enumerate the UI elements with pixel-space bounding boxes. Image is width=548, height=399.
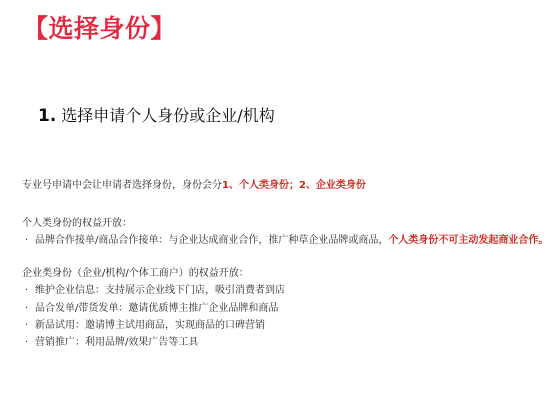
intro-text-red-highlight: 1、个人类身份；2、企业类身份 xyxy=(222,180,366,191)
bullet-dot-icon: · xyxy=(22,317,35,334)
bullet-dot-icon: · xyxy=(22,282,35,299)
list-item-text: 维护企业信息：支持展示企业线下门店，吸引消费者到店 xyxy=(35,282,285,299)
bullet-dot-icon: · xyxy=(22,232,35,249)
document-page: 【选择身份】 1.选择申请个人身份或企业/机构 专业号申请中会让申请者选择身份，… xyxy=(0,0,548,399)
list-item-text: 品牌合作接单/商品合作接单：与企业达成商业合作，推广种草企业品牌或商品，个人类身… xyxy=(35,232,548,249)
list-item: · 品牌合作接单/商品合作接单：与企业达成商业合作，推广种草企业品牌或商品，个人… xyxy=(22,232,548,249)
step-heading: 1.选择申请个人身份或企业/机构 xyxy=(38,103,275,126)
list-item: · 维护企业信息：支持展示企业线下门店，吸引消费者到店 xyxy=(22,282,285,299)
list-item-text: 新品试用：邀请博主试用商品，实现商品的口碑营销 xyxy=(35,317,265,334)
intro-paragraph: 专业号申请中会让申请者选择身份，身份会分1、个人类身份；2、企业类身份 xyxy=(22,177,366,194)
list-item-text: 品合发单/带货发单：邀请优质博主推广企业品牌和商品 xyxy=(35,300,278,317)
personal-benefits-header: 个人类身份的权益开放： xyxy=(22,215,548,232)
list-item-text-red-highlight: 个人类身份不可主动发起商业合作。 xyxy=(388,235,548,246)
enterprise-benefits-section: 企业类身份（企业/机构/个体工商户）的权益开放： · 维护企业信息：支持展示企业… xyxy=(22,265,285,351)
list-item: · 品合发单/带货发单：邀请优质博主推广企业品牌和商品 xyxy=(22,300,285,317)
step-number: 1. xyxy=(38,106,56,126)
list-item: · 新品试用：邀请博主试用商品，实现商品的口碑营销 xyxy=(22,317,285,334)
list-item-text-black: 品牌合作接单/商品合作接单：与企业达成商业合作，推广种草企业品牌或商品， xyxy=(35,235,388,246)
bullet-dot-icon: · xyxy=(22,300,35,317)
list-item-text: 营销推广：利用品牌/效果广告等工具 xyxy=(35,334,198,351)
intro-text-black: 专业号申请中会让申请者选择身份，身份会分 xyxy=(22,180,222,191)
enterprise-benefits-header: 企业类身份（企业/机构/个体工商户）的权益开放： xyxy=(22,265,285,282)
list-item: · 营销推广：利用品牌/效果广告等工具 xyxy=(22,334,285,351)
step-heading-text: 选择申请个人身份或企业/机构 xyxy=(61,106,274,125)
page-title: 【选择身份】 xyxy=(23,9,176,45)
bullet-dot-icon: · xyxy=(22,334,35,351)
personal-benefits-section: 个人类身份的权益开放： · 品牌合作接单/商品合作接单：与企业达成商业合作，推广… xyxy=(22,215,548,250)
